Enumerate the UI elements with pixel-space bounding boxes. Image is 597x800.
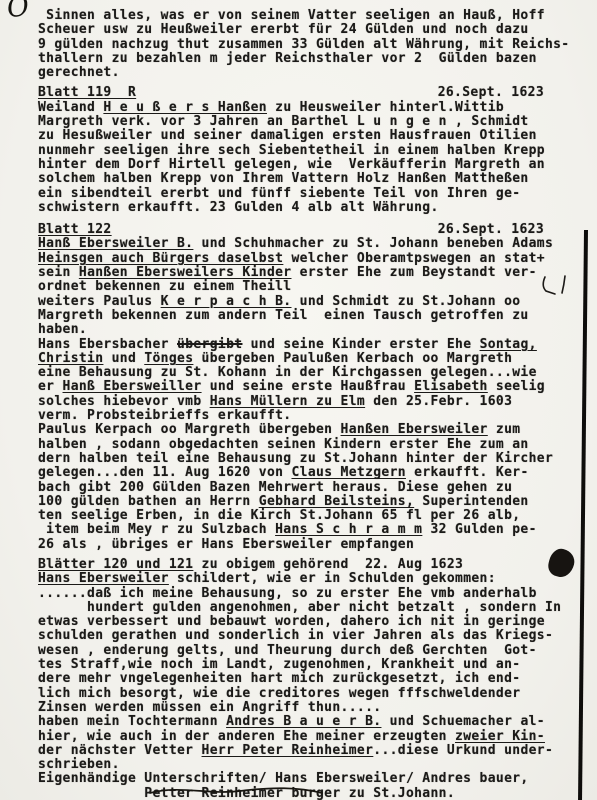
text-segment: Hans Ebersbacher bbox=[38, 337, 177, 352]
text-segment: hundert gulden angenohmen, aber nicht be… bbox=[38, 600, 561, 615]
text-segment: solches hiebevor vmb bbox=[38, 394, 210, 409]
line-text: 9 gülden nachzug thut zusammen 33 Gülden… bbox=[38, 37, 569, 52]
text-segment: schildert, wie er in Schulden gekommen: bbox=[169, 571, 496, 586]
text-line: item beim Mey r zu Sulzbach Hans S c h r… bbox=[38, 523, 597, 537]
text-segment: und Schmidt zu St.Johann oo bbox=[291, 294, 520, 309]
text-line: schulden gerathen und sonderlich in vier… bbox=[38, 629, 597, 643]
line-text: ein sibendteil ererbt und fünff siebente… bbox=[38, 186, 520, 201]
text-segment: halben , sodann obgedachten seinen Kinde… bbox=[38, 437, 529, 452]
line-text: ordnet bekennen zu einem Theill bbox=[38, 279, 291, 294]
text-segment: er bbox=[38, 379, 63, 394]
line-text: er Hanß Ebersweiller und seine erste Hau… bbox=[38, 379, 545, 394]
line-text: schwistern erkaufft. 23 Gulden 4 alb alt… bbox=[38, 200, 439, 215]
text-line: weiters Paulus K e r p a c h B. und Schm… bbox=[38, 295, 597, 309]
line-text: schulden gerathen und sonderlich in vier… bbox=[38, 628, 553, 643]
entry-blatt-122: Blatt 12226.Sept. 1623Hanß Ebersweiler B… bbox=[38, 223, 597, 552]
line-text: Margreth verk. vor 3 Jahren an Barthel L… bbox=[38, 114, 529, 129]
text-segment: 100 gülden bathen an Herrn bbox=[38, 494, 259, 509]
scanned-page: O Sinnen alles, was er von seinem Vatter… bbox=[0, 0, 597, 800]
line-text: hundert gulden angenohmen, aber nicht be… bbox=[38, 600, 561, 615]
text-line: Hans Ebersbacher übergibt und seine Kind… bbox=[38, 338, 597, 352]
text-line: ein sibendteil ererbt und fünff siebente… bbox=[38, 187, 597, 201]
text-segment: der nächster Vetter bbox=[38, 743, 202, 758]
underlined-text: zweier Kin- bbox=[455, 729, 545, 744]
underlined-text: H e u ß e r s Hanßen bbox=[103, 100, 267, 115]
text-segment: ...diese Urkund under- bbox=[373, 743, 553, 758]
line-text: sein Hanßen Ebersweilers Kinder erster E… bbox=[38, 265, 537, 280]
text-line: Heinsgen auch Bürgers daselbst welcher O… bbox=[38, 252, 597, 266]
line-text: hier, wie auch in der anderen Ehe meiner… bbox=[38, 729, 545, 744]
underlined-text: Elisabeth bbox=[414, 379, 488, 394]
line-text: thallern zu bezahlen m jeder Reichsthale… bbox=[38, 51, 537, 66]
text-line: solches hiebevor vmb Hans Müllern zu Elm… bbox=[38, 395, 597, 409]
text-segment: übergeben Paulußen Kerbach oo Margreth bbox=[193, 351, 512, 366]
line-text: gerechnet. bbox=[38, 65, 120, 80]
text-segment: zum bbox=[488, 422, 521, 437]
text-line: gelegen...den 11. Aug 1620 von Claus Met… bbox=[38, 466, 597, 480]
text-segment: und seine erste Haußfrau bbox=[202, 379, 415, 394]
text-segment: schrieben. bbox=[38, 757, 120, 772]
text-segment: ein sibendteil ererbt und fünff siebente… bbox=[38, 186, 520, 201]
text-line: nunmehr seeligen ihre sech Siebentetheil… bbox=[38, 144, 597, 158]
line-text: 26 als , übriges er Hans Ebersweiler emp… bbox=[38, 537, 414, 552]
text-segment: gerechnet. bbox=[38, 65, 120, 80]
text-segment: hier, wie auch in der anderen Ehe meiner… bbox=[38, 729, 455, 744]
text-segment: schwistern erkaufft. 23 Gulden 4 alb alt… bbox=[38, 200, 439, 215]
text-segment: dern halben teil eine Behausung zu St.Jo… bbox=[38, 451, 553, 466]
line-text: solchem halben Krepp von Ihrem Vattern H… bbox=[38, 171, 529, 186]
text-line: Scheuer usw zu Heußweiler ererbt für 24 … bbox=[38, 23, 597, 37]
underlined-text: Hans Müllern zu Elm bbox=[210, 394, 365, 409]
line-text: weiters Paulus K e r p a c h B. und Schm… bbox=[38, 294, 520, 309]
line-text: Scheuer usw zu Heußweiler ererbt für 24 … bbox=[38, 22, 529, 37]
underlined-text: Blätter 120 und 121 bbox=[38, 557, 193, 572]
line-text: haben. bbox=[38, 322, 87, 337]
line-text: gelegen...den 11. Aug 1620 von Claus Met… bbox=[38, 465, 529, 480]
text-line: 26 als , übriges er Hans Ebersweiler emp… bbox=[38, 538, 597, 552]
text-segment: solchem halben Krepp von Ihrem Vattern H… bbox=[38, 171, 529, 186]
text-line: solchem halben Krepp von Ihrem Vattern H… bbox=[38, 172, 597, 186]
text-line: Margreth bekennen zum andern Teil einen … bbox=[38, 309, 597, 323]
line-text: wesen , enderung gelts, und Theurung dur… bbox=[38, 643, 537, 658]
underlined-text: Hanßen Ebersweilers Kinder bbox=[79, 265, 292, 280]
text-line: 9 gülden nachzug thut zusammen 33 Gülden… bbox=[38, 38, 597, 52]
text-line: ordnet bekennen zu einem Theill bbox=[38, 280, 597, 294]
line-text: nunmehr seeligen ihre sech Siebentetheil… bbox=[38, 143, 545, 158]
underlined-text: Gebhard Beilsteins, bbox=[259, 494, 414, 509]
text-segment: eine Behausung zu St. Kohann in der Kirc… bbox=[38, 365, 537, 380]
text-line: Hanß Ebersweiler B. und Schuhmacher zu S… bbox=[38, 237, 597, 251]
text-segment: seelig bbox=[488, 379, 545, 394]
underlined-text: Tönges bbox=[144, 351, 193, 366]
text-line: dere mehr vngelegenheiten hart mich zurü… bbox=[38, 672, 597, 686]
line-text: Hanß Ebersweiler B. und Schuhmacher zu S… bbox=[38, 236, 553, 251]
text-segment: verm. Probsteibrieffs erkaufft. bbox=[38, 408, 291, 423]
text-line: thallern zu bezahlen m jeder Reichsthale… bbox=[38, 52, 597, 66]
line-text: bach gibt 200 Gülden Bazen Mehrwert hera… bbox=[38, 480, 512, 495]
text-segment: haben. bbox=[38, 322, 87, 337]
text-segment: bach gibt 200 Gülden Bazen Mehrwert hera… bbox=[38, 480, 512, 495]
line-text: Margreth bekennen zum andern Teil einen … bbox=[38, 308, 529, 323]
text-segment: Paulus Kerpach oo Margreth übergeben bbox=[38, 422, 341, 437]
paragraph-inheritance-summary: Sinnen alles, was er von seinem Vatter s… bbox=[38, 9, 597, 80]
text-segment: lich mich besorgt, wie die creditores we… bbox=[38, 686, 520, 701]
text-segment: 26 als , übriges er Hans Ebersweiler emp… bbox=[38, 537, 414, 552]
line-text: dere mehr vngelegenheiten hart mich zurü… bbox=[38, 671, 520, 686]
handwritten-o-mark: O bbox=[6, 0, 30, 17]
text-line: lich mich besorgt, wie die creditores we… bbox=[38, 687, 597, 701]
text-segment: Sinnen alles, was er von seinem Vatter s… bbox=[38, 8, 545, 23]
line-text: ten seelige Erben, in die Kirch St.Johan… bbox=[38, 508, 520, 523]
line-text: Sinnen alles, was er von seinem Vatter s… bbox=[38, 8, 545, 23]
text-segment: dere mehr vngelegenheiten hart mich zurü… bbox=[38, 671, 520, 686]
text-segment: etwas verbessert und bebauwt worden, dah… bbox=[38, 614, 545, 629]
text-segment: haben mein Tochtermann bbox=[38, 714, 226, 729]
text-line: gerechnet. bbox=[38, 66, 597, 80]
line-text: Blätter 120 und 121 zu obigem gehörend 2… bbox=[38, 557, 463, 572]
text-segment: wesen , enderung gelts, und Theurung dur… bbox=[38, 643, 537, 658]
text-segment: 9 gülden nachzug thut zusammen 33 Gülden… bbox=[38, 37, 569, 52]
line-text: zu Hesußweiler und seiner damaligen erst… bbox=[38, 128, 537, 143]
text-segment: zu Hesußweiler und seiner damaligen erst… bbox=[38, 128, 537, 143]
line-text: dern halben teil eine Behausung zu St.Jo… bbox=[38, 451, 553, 466]
text-line: wesen , enderung gelts, und Theurung dur… bbox=[38, 644, 597, 658]
text-line: Christin und Tönges übergeben Paulußen K… bbox=[38, 352, 597, 366]
text-line: Hans Ebersweiler schildert, wie er in Sc… bbox=[38, 572, 597, 586]
text-segment: ordnet bekennen zu einem Theill bbox=[38, 279, 291, 294]
line-text: 100 gülden bathen an Herrn Gebhard Beils… bbox=[38, 494, 529, 509]
line-text: hinter dem Dorf Hirtell gelegen, wie Ver… bbox=[38, 157, 545, 172]
line-text: tes Straff,wie noch im Landt, zugenohmen… bbox=[38, 657, 520, 672]
text-segment: Superintenden bbox=[414, 494, 528, 509]
text-line: er Hanß Ebersweiller und seine erste Hau… bbox=[38, 380, 597, 394]
text-line: Paulus Kerpach oo Margreth übergeben Han… bbox=[38, 423, 597, 437]
line-text: verm. Probsteibrieffs erkaufft. bbox=[38, 408, 291, 423]
line-text: etwas verbessert und bebauwt worden, dah… bbox=[38, 614, 545, 629]
underlined-text: Heinsgen auch Bürgers daselbst bbox=[38, 251, 283, 266]
underlined-text: Claus Metzgern bbox=[291, 465, 405, 480]
line-text: item beim Mey r zu Sulzbach Hans S c h r… bbox=[38, 522, 537, 537]
text-segment: gelegen...den 11. Aug 1620 von bbox=[38, 465, 291, 480]
text-segment: Margreth bekennen zum andern Teil einen … bbox=[38, 308, 529, 323]
text-segment: und seine Kinder erster Ehe bbox=[242, 337, 479, 352]
text-segment: erkaufft. Ker- bbox=[406, 465, 529, 480]
underlined-text: Blatt 119 R bbox=[38, 85, 136, 100]
signature-flourish-line bbox=[146, 783, 326, 800]
underlined-text: Andres B a u e r B. bbox=[226, 714, 381, 729]
line-text: halben , sodann obgedachten seinen Kinde… bbox=[38, 437, 529, 452]
line-text: Zinsen werden müssen ein Angriff thun...… bbox=[38, 700, 381, 715]
text-segment: 32 Gulden pe- bbox=[422, 522, 536, 537]
text-segment: welcher Oberamtpswegen an stat+ bbox=[283, 251, 545, 266]
text-segment: und Schuhmacher zu St. Johann beneben Ad… bbox=[193, 236, 553, 251]
text-segment: Scheuer usw zu Heußweiler ererbt für 24 … bbox=[38, 22, 529, 37]
text-segment: nunmehr seeligen ihre sech Siebentetheil… bbox=[38, 143, 545, 158]
line-text: Paulus Kerpach oo Margreth übergeben Han… bbox=[38, 422, 520, 437]
date-label: 26.Sept. 1623 bbox=[438, 86, 544, 100]
line-text: Hans Ebersweiler schildert, wie er in Sc… bbox=[38, 571, 496, 586]
text-segment: Zinsen werden müssen ein Angriff thun...… bbox=[38, 700, 381, 715]
text-line: 100 gülden bathen an Herrn Gebhard Beils… bbox=[38, 495, 597, 509]
line-text: Hans Ebersbacher übergibt und seine Kind… bbox=[38, 337, 537, 352]
text-segment: weiters Paulus bbox=[38, 294, 161, 309]
underlined-text: Hanßen Ebersweiler bbox=[341, 422, 488, 437]
text-line: schwistern erkaufft. 23 Gulden 4 alb alt… bbox=[38, 201, 597, 215]
text-segment: Weiland bbox=[38, 100, 103, 115]
text-segment: und Schuemacher al- bbox=[381, 714, 545, 729]
line-text: solches hiebevor vmb Hans Müllern zu Elm… bbox=[38, 394, 512, 409]
text-segment: tes Straff,wie noch im Landt, zugenohmen… bbox=[38, 657, 520, 672]
text-line: Weiland H e u ß e r s Hanßen zu Heusweil… bbox=[38, 101, 597, 115]
underlined-text: Herr Peter Reinheimer bbox=[202, 743, 374, 758]
text-segment: hinter dem Dorf Hirtell gelegen, wie Ver… bbox=[38, 157, 545, 172]
struck-text: übergibt bbox=[177, 337, 242, 352]
line-text: lich mich besorgt, wie die creditores we… bbox=[38, 686, 520, 701]
text-segment: sein bbox=[38, 265, 79, 280]
underlined-text: Hanß Ebersweiller bbox=[63, 379, 202, 394]
text-segment: Margreth verk. vor 3 Jahren an Barthel L… bbox=[38, 114, 529, 129]
text-segment: und bbox=[103, 351, 144, 366]
underlined-text: Hanß Ebersweiler B. bbox=[38, 236, 193, 251]
text-segment: ......daß ich meine Behausung, so zu ers… bbox=[38, 586, 537, 601]
text-line: bach gibt 200 Gülden Bazen Mehrwert hera… bbox=[38, 481, 597, 495]
text-line: hier, wie auch in der anderen Ehe meiner… bbox=[38, 730, 597, 744]
text-segment: ten seelige Erben, in die Kirch St.Johan… bbox=[38, 508, 520, 523]
underlined-text: Hans Ebersweiler bbox=[38, 571, 169, 586]
text-segment: den 25.Febr. 1603 bbox=[365, 394, 512, 409]
line-text: Weiland H e u ß e r s Hanßen zu Heusweil… bbox=[38, 100, 504, 115]
text-segment: item beim Mey r zu Sulzbach bbox=[38, 522, 275, 537]
line-text: Christin und Tönges übergeben Paulußen K… bbox=[38, 351, 512, 366]
entry-blaetter-120-121: Blätter 120 und 121 zu obigem gehörend 2… bbox=[38, 558, 597, 800]
document-body: Sinnen alles, was er von seinem Vatter s… bbox=[38, 9, 597, 800]
heading-line: Blatt 119 R26.Sept. 1623 bbox=[38, 86, 544, 100]
margin-bracket-mark bbox=[537, 273, 571, 303]
text-line: der nächster Vetter Herr Peter Reinheime… bbox=[38, 744, 597, 758]
line-text: Heinsgen auch Bürgers daselbst welcher O… bbox=[38, 251, 545, 266]
underlined-text: Sontag, bbox=[480, 337, 537, 352]
underlined-text: K e r p a c h B. bbox=[161, 294, 292, 309]
text-segment: zu Heusweiler hinterl.Wittib bbox=[267, 100, 504, 115]
underlined-text: Christin bbox=[38, 351, 103, 366]
text-line: ......daß ich meine Behausung, so zu ers… bbox=[38, 587, 597, 601]
line-text: schrieben. bbox=[38, 757, 120, 772]
text-segment: thallern zu bezahlen m jeder Reichsthale… bbox=[38, 51, 537, 66]
line-text: eine Behausung zu St. Kohann in der Kirc… bbox=[38, 365, 537, 380]
underlined-text: Blatt 122 bbox=[38, 222, 112, 237]
line-text: ......daß ich meine Behausung, so zu ers… bbox=[38, 586, 537, 601]
text-line: zu Hesußweiler und seiner damaligen erst… bbox=[38, 129, 597, 143]
text-line: haben mein Tochtermann Andres B a u e r … bbox=[38, 715, 597, 729]
text-line: halben , sodann obgedachten seinen Kinde… bbox=[38, 438, 597, 452]
text-segment: schulden gerathen und sonderlich in vier… bbox=[38, 628, 553, 643]
line-text: haben mein Tochtermann Andres B a u e r … bbox=[38, 714, 545, 729]
text-segment: zu obigem gehörend 22. Aug 1623 bbox=[193, 557, 463, 572]
text-segment: erster Ehe zum Beystandt ver- bbox=[291, 265, 536, 280]
line-text: Blatt 119 R bbox=[38, 86, 136, 100]
underlined-text: Hans S c h r a m m bbox=[275, 522, 422, 537]
line-text: der nächster Vetter Herr Peter Reinheime… bbox=[38, 743, 553, 758]
entry-blatt-119: Blatt 119 R26.Sept. 1623Weiland H e u ß … bbox=[38, 86, 597, 215]
text-line: haben. bbox=[38, 323, 597, 337]
